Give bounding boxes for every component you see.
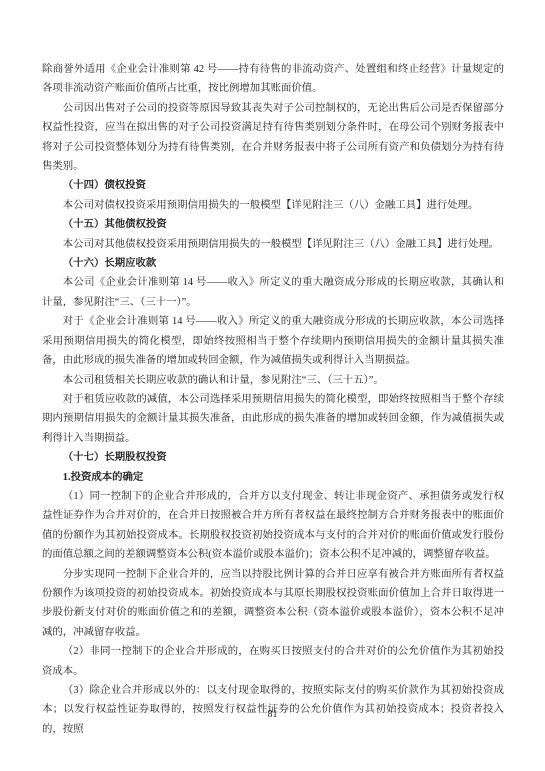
section-heading-14: （十四）债权投资 <box>42 176 504 195</box>
document-page: 除商誉外适用《企业会计准则第 42 号——持有待售的非流动资产、处置组和终止经营… <box>0 0 545 771</box>
paragraph: 对于租赁应收款的减值，本公司选择采用预期信用损失的简化模型，即始终按照相当于整个… <box>42 390 504 448</box>
paragraph: 本公司《企业会计准则第 14 号——收入》所定义的重大融资成分形成的长期应收款，… <box>42 273 504 312</box>
paragraph: （1）同一控制下的企业合并形成的，合并方以支付现金、转让非现金资产、承担债务或发… <box>42 487 504 565</box>
section-heading-15: （十五）其他债权投资 <box>42 215 504 234</box>
paragraph: 公司因出售对子公司的投资等原因导致其丧失对子公司控制权的，无论出售后公司是否保留… <box>42 99 504 177</box>
paragraph: 分步实现同一控制下企业合并的，应当以持股比例计算的合并日应享有被合并方账面所有者… <box>42 565 504 643</box>
paragraph: 对于《企业会计准则第 14 号——收入》所定义的重大融资成分形成的长期应收款，本… <box>42 312 504 370</box>
section-heading-16: （十六）长期应收款 <box>42 254 504 273</box>
paragraph-continuation: 除商誉外适用《企业会计准则第 42 号——持有待售的非流动资产、处置组和终止经营… <box>42 60 504 99</box>
section-heading-17: （十七）长期股权投资 <box>42 448 504 467</box>
paragraph: 本公司对债权投资采用预期信用损失的一般模型【详见附注三（八）金融工具】进行处理。 <box>42 196 504 215</box>
paragraph: （2）非同一控制下的企业合并形成的，在购买日按照支付的合并对价的公允价值作为其初… <box>42 642 504 681</box>
page-number: 81 <box>0 709 545 720</box>
page-content: 除商誉外适用《企业会计准则第 42 号——持有待售的非流动资产、处置组和终止经营… <box>42 60 504 739</box>
paragraph: 本公司对其他债权投资采用预期信用损失的一般模型【详见附注三（八）金融工具】进行处… <box>42 235 504 254</box>
subsection-heading-1: 1.投资成本的确定 <box>42 468 504 487</box>
paragraph: 本公司租赁相关长期应收款的确认和计量，参见附注“三、（三十五）”。 <box>42 371 504 390</box>
